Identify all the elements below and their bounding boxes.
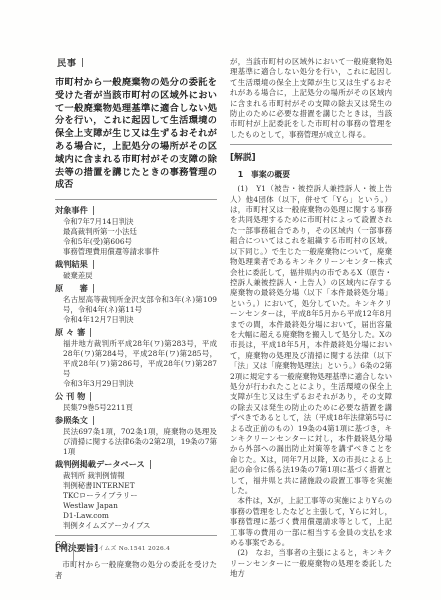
title-separator-rule (55, 199, 217, 200)
section-heading: 原 々 審 (55, 327, 217, 338)
case-info-item: 名古屋高等裁判所金沢支部令和3年(ネ)第109号，令和4年(ネ)第11号 (63, 295, 217, 315)
section-referenced-statutes: 参照条文 民法697条1項，702条1項，廃棄物の処理及び清掃に関する法律6条の… (55, 415, 217, 457)
page-number: 60 (55, 541, 67, 551)
two-column-layout: 民事 市町村から一般廃棄物の処分の委託を受けた者が当該市町村の区域外において一般… (0, 0, 441, 581)
case-info-item: 事務管理費用償還等請求事件 (63, 247, 217, 257)
commentary-section-title: 1 事案の概要 (230, 169, 392, 180)
heading-divider-bar (90, 392, 91, 401)
footer-divider-bar (73, 542, 74, 566)
database-item: 判例秘書INTERNET (63, 481, 217, 491)
genre-header: 民事 (57, 57, 217, 67)
section-label: 公 刊 物 (55, 391, 85, 402)
database-item: 裁判所 裁判例情報 (63, 471, 217, 481)
case-info-item: 令和5年(受)第606号 (63, 237, 217, 247)
commentary-heading: [解説] (230, 150, 392, 163)
journal-reference: 判例タイムズ No.1541 2026.4 (80, 541, 170, 552)
section-heading: 対象事件 (55, 205, 217, 216)
section-label: 参照条文 (55, 415, 88, 426)
section-label: 対象事件 (55, 205, 88, 216)
case-info-item: 民集79巻5号2211頁 (63, 403, 217, 413)
case-info-item: 最高裁判所第一小法廷 (63, 227, 217, 237)
commentary-paragraph: (1) Y1（被告・被控訴人兼控訴人・被上告人）他4団体（以下，併せて「Yら」と… (230, 184, 392, 496)
left-column: 民事 市町村から一般廃棄物の処分の委託を受けた者が当該市町村の区域外において一般… (55, 57, 217, 581)
database-item: 判例タイムズアーカイブス (63, 521, 217, 531)
section-target-case: 対象事件 令和7年7月14日判決 最高裁判所第一小法廷 令和5年(受)第606号… (55, 205, 217, 257)
commentary-paragraph: (2) なお，当事者の主張によると，キンキクリーンセンターに一般廃棄物の処理を委… (230, 548, 392, 579)
section-ruling-result: 裁判結果 破棄差戻 (55, 259, 217, 281)
case-info-item: 破棄差戻 (63, 271, 217, 281)
commentary-paragraph: 本件は，Xが，上記工事等の実施によりYらの事務の管理をしたなどと主張して，Yらに… (230, 496, 392, 548)
case-info-item: 令和4年12月7日判決 (63, 315, 217, 325)
heading-divider-bar (90, 328, 91, 337)
section-label: 原 々 審 (55, 327, 85, 338)
case-info-item: 令和3年3月29日判決 (63, 379, 217, 389)
judgment-summary-text-continuation: が，当該市町村の区域外において一般廃棄物処理基準に適合しない処分を行い，これに起… (230, 57, 392, 140)
section-databases: 裁判例掲載データベース 裁判所 裁判例情報 判例秘書INTERNET TKCロー… (55, 459, 217, 531)
journal-page: 民事 市町村から一般廃棄物の処分の委託を受けた者が当該市町村の区域外において一般… (0, 0, 441, 600)
section-publication: 公 刊 物 民集79巻5号2211頁 (55, 391, 217, 413)
commentary-separator-rule (230, 144, 392, 145)
genre-label: 民事 (57, 56, 77, 69)
section-label: 裁判結果 (55, 259, 88, 270)
section-label: 裁判例掲載データベース (55, 459, 145, 470)
right-column: が，当該市町村の区域外において一般廃棄物処理基準に適合しない処分を行い，これに起… (230, 57, 392, 581)
case-title: 市町村から一般廃棄物の処分の委託を受けた者が当該市町村の区域外において一般廃棄物… (55, 77, 217, 192)
database-item: Westlaw Japan (63, 501, 217, 511)
section-heading: 公 刊 物 (55, 391, 217, 402)
heading-divider-bar (93, 206, 94, 215)
section-label: 原 審 (55, 283, 88, 294)
section-heading: 参照条文 (55, 415, 217, 426)
case-info-item: 福井地方裁判所平成28年(ワ)第283号，平成28年(ワ)第284号，平成28年… (63, 339, 217, 379)
case-info-item: 令和7年7月14日判決 (63, 217, 217, 227)
case-info-item: 民法697条1項，702条1項，廃棄物の処理及び清掃に関する法律6条の2第2項，… (63, 427, 217, 457)
database-item: TKCローライブラリー (63, 491, 217, 501)
heading-divider-bar (150, 460, 151, 469)
database-item: D1-Law.com (63, 511, 217, 521)
section-heading: 原 審 (55, 283, 217, 294)
genre-divider-bar (82, 58, 83, 67)
summary-separator-rule (55, 535, 217, 536)
heading-divider-bar (93, 284, 94, 293)
heading-divider-bar (93, 416, 94, 425)
heading-divider-bar (93, 260, 94, 269)
section-heading: 裁判結果 (55, 259, 217, 270)
page-footer: 60 判例タイムズ No.1541 2026.4 (55, 541, 170, 566)
section-heading: 裁判例掲載データベース (55, 459, 217, 470)
section-appeal-court: 原 審 名古屋高等裁判所金沢支部令和3年(ネ)第109号，令和4年(ネ)第11号… (55, 283, 217, 325)
section-first-instance-court: 原 々 審 福井地方裁判所平成28年(ワ)第283号，平成28年(ワ)第284号… (55, 327, 217, 389)
